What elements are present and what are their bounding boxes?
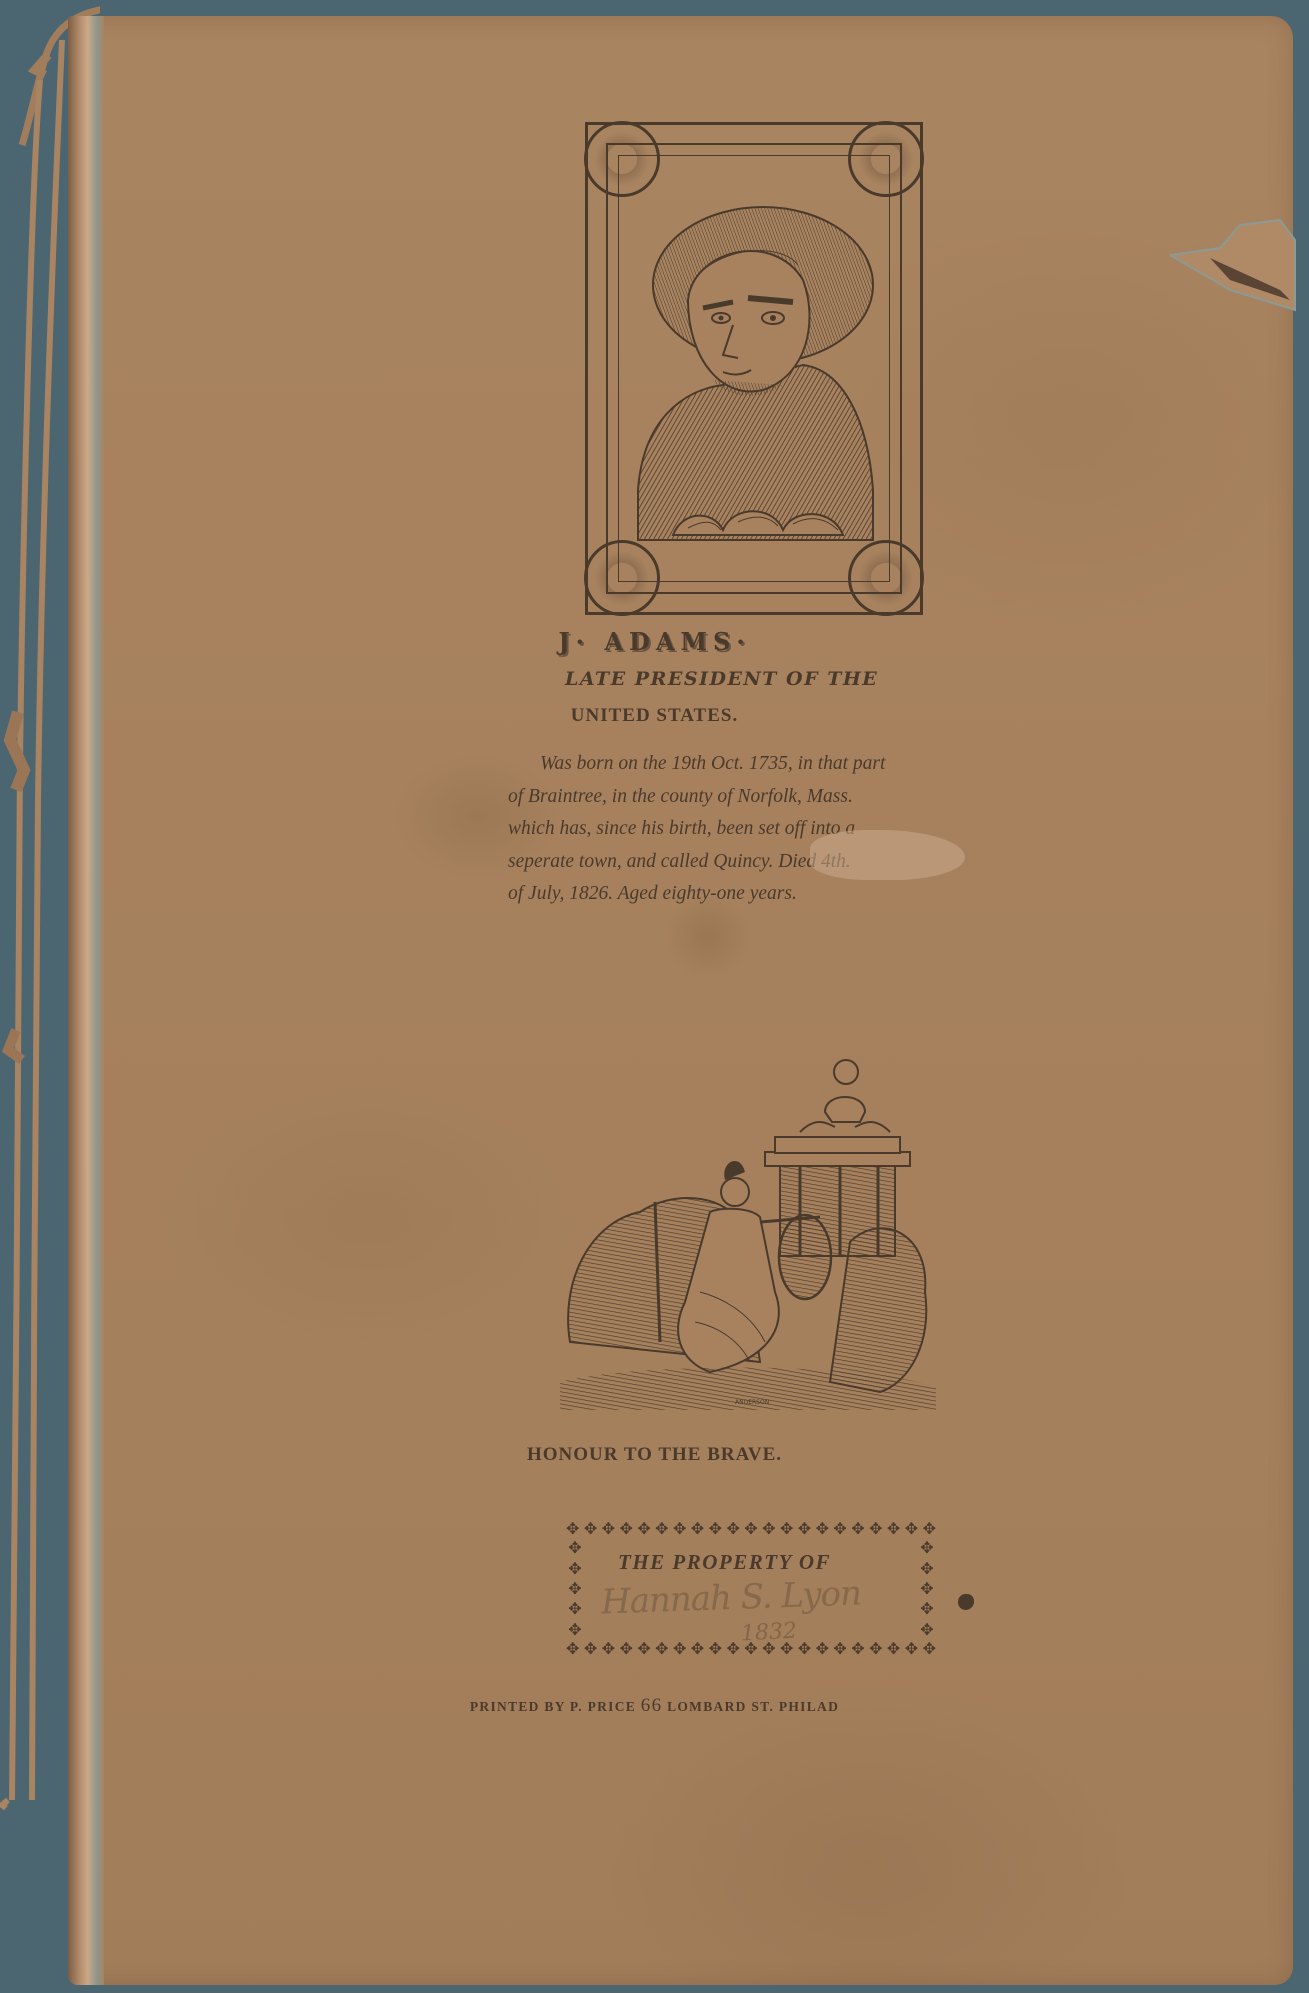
property-label: THE PROPERTY OF	[618, 1550, 831, 1575]
fleuron-border-top: ✥✥✥✥✥✥✥✥✥✥✥✥✥✥✥✥✥✥✥✥✥	[566, 1520, 936, 1538]
owner-year: 1832	[740, 1619, 797, 1647]
ornament-icon	[848, 540, 924, 616]
portrait-frame	[585, 122, 923, 615]
biography-text: Was born on the 19th Oct. 1735, in that …	[508, 748, 1008, 911]
imprint-suffix: LOMBARD ST. PHILAD	[667, 1699, 839, 1714]
fleuron-border-left: ✥✥✥✥✥	[566, 1538, 584, 1640]
imprint-prefix: PRINTED BY P. PRICE	[470, 1699, 636, 1714]
vignette-caption: HONOUR TO THE BRAVE.	[0, 1444, 1309, 1466]
spine-edge	[68, 16, 104, 1985]
allegorical-engraving-icon: ANDERSON	[560, 1042, 936, 1410]
owner-signature: Hannah S. Lyon	[600, 1573, 861, 1622]
subject-name: J· ADAMS·	[0, 627, 1309, 656]
fleuron-border-right: ✥✥✥✥✥	[918, 1538, 936, 1640]
printer-imprint: PRINTED BY P. PRICE 66 LOMBARD ST. PHILA…	[0, 1695, 1309, 1717]
ornament-icon	[584, 540, 660, 616]
svg-text:ANDERSON: ANDERSON	[735, 1399, 769, 1406]
biography-line: Was born on the 19th Oct. 1735, in that …	[508, 748, 1008, 781]
paper-damage	[810, 830, 965, 880]
portrait-engraving-icon	[633, 190, 881, 550]
subject-title: LATE PRESIDENT OF THE	[565, 668, 878, 690]
bookplate-box: ✥✥✥✥✥✥✥✥✥✥✥✥✥✥✥✥✥✥✥✥✥ ✥✥✥✥✥✥✥✥✥✥✥✥✥✥✥✥✥✥…	[566, 1520, 936, 1658]
torn-corner	[1170, 200, 1300, 320]
imprint-number: 66	[641, 1695, 663, 1716]
ornament-icon	[848, 121, 924, 197]
ornament-icon	[584, 121, 660, 197]
subject-title-line2: UNITED STATES.	[0, 705, 1309, 727]
biography-line: of Braintree, in the county of Norfolk, …	[508, 781, 1008, 814]
biography-line: of July, 1826. Aged eighty-one years.	[508, 878, 1008, 911]
